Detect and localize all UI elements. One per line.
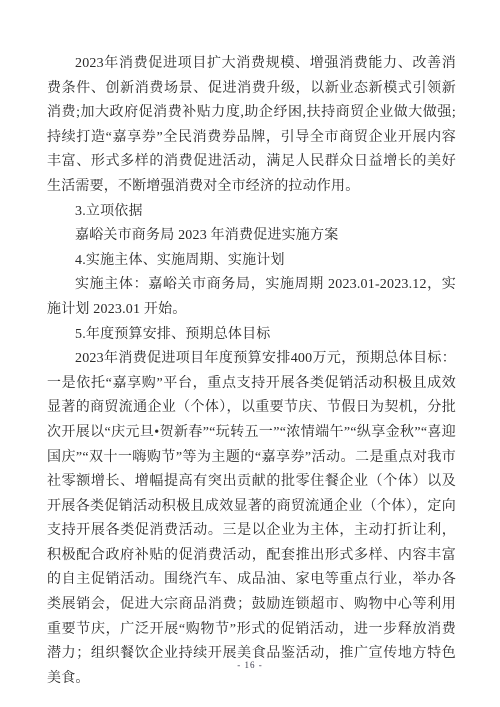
paragraph-budget-and-goals: 2023年消费促进项目年度预算安排400万元，预期总体目标：一是依托“嘉享购”平… — [47, 347, 456, 691]
page-number: - 16 - — [0, 660, 500, 670]
heading-implementation-subject-period-plan: 4.实施主体、实施周期、实施计划 — [47, 249, 456, 274]
paragraph-project-overview: 2023年消费促进项目扩大消费规模、增强消费能力、改善消费条件、创新消费场景、促… — [47, 52, 456, 200]
heading-budget-and-goals: 5.年度预算安排、预期总体目标 — [47, 323, 456, 348]
paragraph-implementation-details: 实施主体：嘉峪关市商务局，实施周期 2023.01-2023.12，实施计划 2… — [47, 273, 456, 322]
heading-project-basis: 3.立项依据 — [47, 200, 456, 225]
document-page: 2023年消费促进项目扩大消费规模、增强消费能力、改善消费条件、创新消费场景、促… — [0, 0, 500, 707]
document-body: 2023年消费促进项目扩大消费规模、增强消费能力、改善消费条件、创新消费场景、促… — [47, 52, 456, 691]
paragraph-basis-document: 嘉峪关市商务局 2023 年消费促进实施方案 — [47, 224, 456, 249]
